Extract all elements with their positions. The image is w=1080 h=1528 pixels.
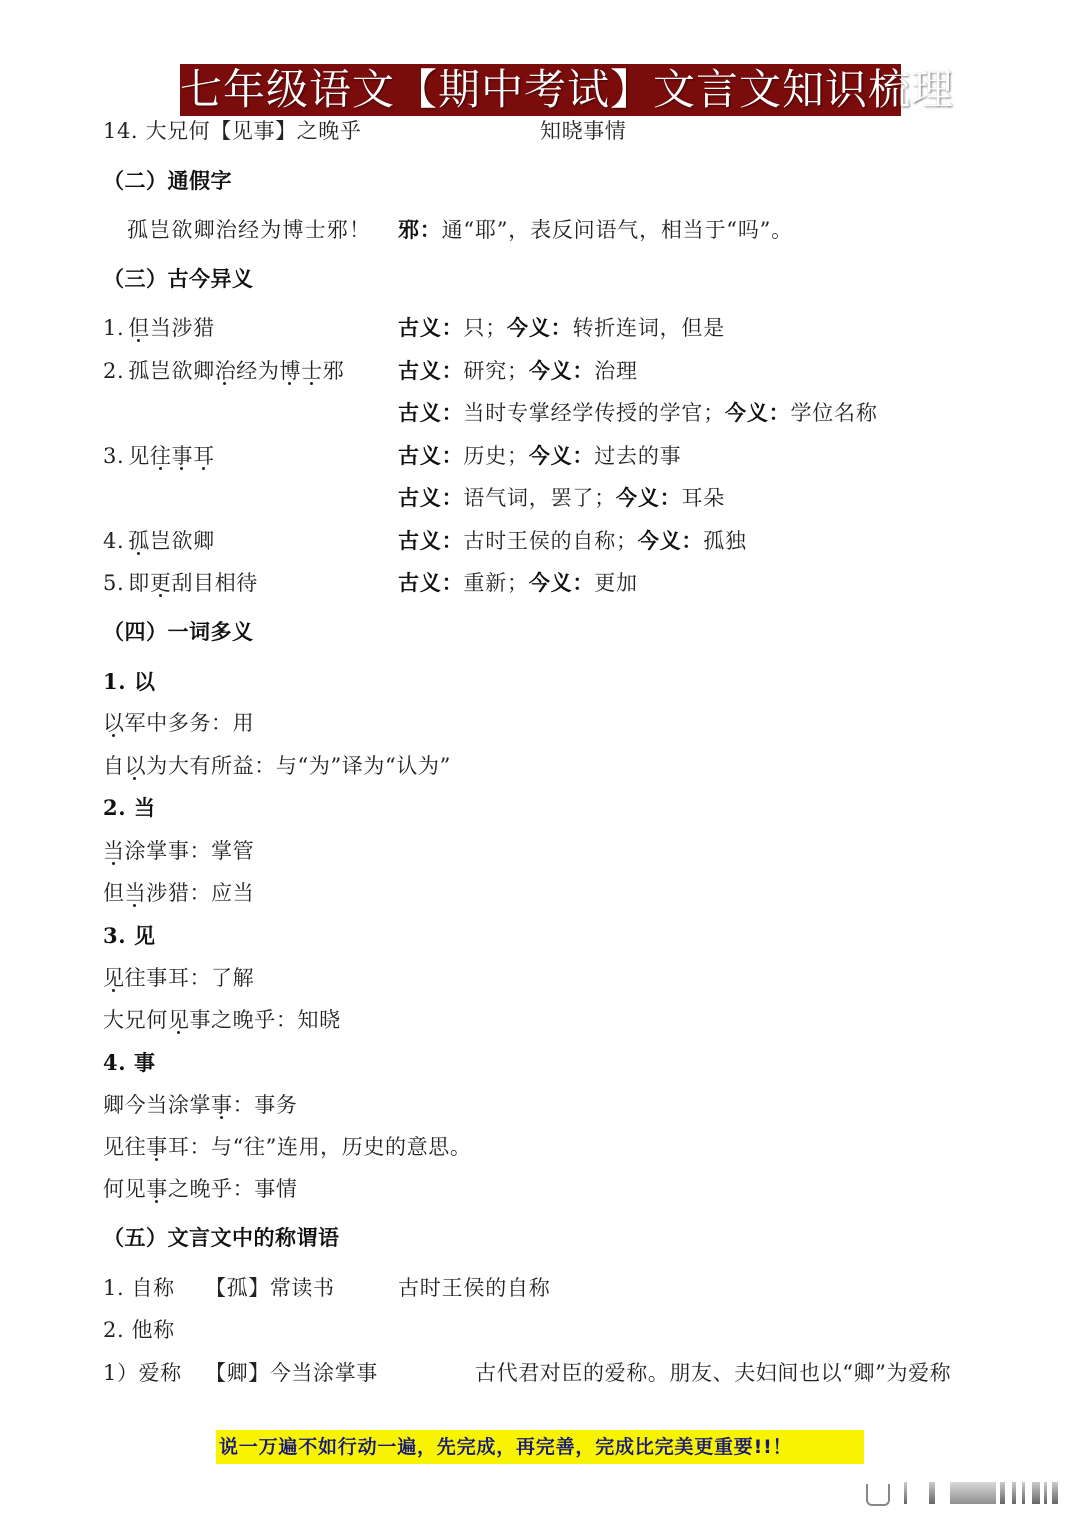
example-row: 但当涉猎：应当 xyxy=(0,878,1080,908)
vocab-row-14: 14. 大兄何【见事】之晚乎 知晓事情 xyxy=(0,116,1080,146)
chengwei-row-self: 1. 自称 【孤】常读书 古时王侯的自称 xyxy=(0,1273,1080,1303)
gujin-meaning: 古义：古时王侯的自称；今义：孤独 xyxy=(398,526,747,556)
watermark-bar xyxy=(1022,1482,1025,1504)
section-heading-chengwei: （五）文言文中的称谓语 xyxy=(0,1223,1080,1253)
modern-meaning: 过去的事 xyxy=(594,444,681,468)
gujin-row: 2.孤岂欲卿治经为博士邪 古义：研究；今义：治理 xyxy=(0,356,1080,386)
gujin-term: 2.孤岂欲卿治经为博士邪 xyxy=(103,356,344,386)
tongjia-note: 邪：通“耶”，表反问语气，相当于“吗”。 xyxy=(398,215,793,245)
gujin-meaning: 古义：重新；今义：更加 xyxy=(398,568,638,598)
term-text: 即更刮目相待 xyxy=(128,571,258,595)
watermark-bar xyxy=(1032,1482,1040,1504)
gujin-meaning: 古义：当时专掌经学传授的学官；今义：学位名称 xyxy=(398,398,878,428)
separator: ； xyxy=(507,359,529,383)
gujin-row: 5.即更刮目相待 古义：重新；今义：更加 xyxy=(0,568,1080,598)
watermark-bar xyxy=(1052,1482,1058,1504)
example-text: 大兄何见事之晚乎：知晓 xyxy=(103,1005,341,1035)
term-text: 孤岂欲卿 xyxy=(128,529,214,553)
modern-label: 今义： xyxy=(529,570,594,595)
chengwei-example: 【孤】常读书 xyxy=(205,1273,335,1303)
emphasized-char: 更 xyxy=(150,568,172,598)
separator: ； xyxy=(703,401,725,425)
ancient-meaning: 研究 xyxy=(463,359,507,383)
modern-label: 今义： xyxy=(529,443,594,468)
chengwei-label: 1. 自称 xyxy=(103,1273,175,1303)
heading-text: （五）文言文中的称谓语 xyxy=(103,1223,340,1253)
item-number: 3. xyxy=(103,444,124,468)
separator: ； xyxy=(507,571,529,595)
term-text: 见往事耳 xyxy=(128,444,214,468)
word-heading: 2. 当 xyxy=(0,793,1080,823)
separator: ； xyxy=(616,529,638,553)
ancient-label: 古义： xyxy=(398,485,463,510)
gujin-row: 古义：语气词，罢了；今义：耳朵 xyxy=(0,483,1080,513)
motto-banner: 说一万遍不如行动一遍，先完成，再完善，完成比完美更重要!!！ xyxy=(216,1430,864,1464)
word-label: 4. 事 xyxy=(103,1048,156,1078)
bracketed-term: 【孤】 xyxy=(205,1276,270,1300)
modern-label: 今义： xyxy=(507,315,572,340)
watermark-icon xyxy=(862,1478,1058,1508)
separator: ； xyxy=(594,486,616,510)
chengwei-label: 2. 他称 xyxy=(103,1315,175,1345)
ancient-label: 古义： xyxy=(398,358,463,383)
example-row: 自以为大有所益：与“为”译为“认为” xyxy=(0,751,1080,781)
item-number: 1. xyxy=(103,316,124,340)
item-number: 4. xyxy=(103,529,124,553)
modern-meaning: 治理 xyxy=(594,359,638,383)
ancient-meaning: 当时专掌经学传授的学官 xyxy=(463,401,703,425)
example-text: 但当涉猎：应当 xyxy=(103,878,254,908)
heading-text: （二）通假字 xyxy=(103,166,232,196)
example-phrase: 常读书 xyxy=(270,1276,335,1300)
gujin-meaning: 古义：研究；今义：治理 xyxy=(398,356,638,386)
word-heading: 1. 以 xyxy=(0,667,1080,697)
example-row: 大兄何见事之晚乎：知晓 xyxy=(0,1005,1080,1035)
emphasized-char: 治 xyxy=(215,356,237,386)
separator: ； xyxy=(507,444,529,468)
gujin-term: 3.见往事耳 xyxy=(103,441,215,471)
word-label: 3. 见 xyxy=(103,921,156,951)
watermark-bar xyxy=(929,1482,935,1504)
vocab-meaning: 知晓事情 xyxy=(540,116,626,146)
item-number: 5. xyxy=(103,571,124,595)
separator: ； xyxy=(485,316,507,340)
term-text: 但当涉猎 xyxy=(128,316,214,340)
gujin-term: 5.即更刮目相待 xyxy=(103,568,258,598)
ancient-label: 古义： xyxy=(398,443,463,468)
word-label: 2. 当 xyxy=(103,793,156,823)
section-heading-tongjia: （二）通假字 xyxy=(0,166,1080,196)
watermark-glyph xyxy=(866,1484,890,1506)
tongjia-char: 邪： xyxy=(398,217,442,242)
modern-meaning: 孤独 xyxy=(703,529,747,553)
example-phrase: 今当涂掌事 xyxy=(270,1361,378,1385)
ancient-meaning: 历史 xyxy=(463,444,507,468)
chengwei-meaning: 古时王侯的自称 xyxy=(398,1273,551,1303)
ancient-meaning: 只 xyxy=(463,316,485,340)
watermark-bar xyxy=(1012,1482,1016,1504)
example-text: 自以为大有所益：与“为”译为“认为” xyxy=(103,751,451,781)
modern-meaning: 耳朵 xyxy=(681,486,725,510)
gujin-row: 古义：当时专掌经学传授的学官；今义：学位名称 xyxy=(0,398,1080,428)
modern-label: 今义： xyxy=(616,485,681,510)
emphasized-char: 当 xyxy=(103,836,125,866)
chengwei-meaning: 古代君对臣的爱称。朋友、夫妇间也以“卿”为爱称 xyxy=(475,1358,951,1388)
ancient-label: 古义： xyxy=(398,570,463,595)
section-heading-duoyi: （四）一词多义 xyxy=(0,617,1080,647)
example-text: 卿今当涂掌事：事务 xyxy=(103,1090,297,1120)
example-text: 见往事耳：与“往”连用，历史的意思。 xyxy=(103,1132,471,1162)
bracketed-term: 【卿】 xyxy=(205,1361,270,1385)
word-label: 1. 以 xyxy=(103,667,156,697)
example-row: 何见事之晚乎：事情 xyxy=(0,1174,1080,1204)
example-row: 卿今当涂掌事：事务 xyxy=(0,1090,1080,1120)
modern-meaning: 转折连词，但是 xyxy=(572,316,725,340)
example-text: 以军中多务：用 xyxy=(103,708,254,738)
example-text: 见往事耳：了解 xyxy=(103,963,254,993)
word-heading: 4. 事 xyxy=(0,1048,1080,1078)
watermark-bar xyxy=(904,1482,907,1504)
gujin-term: 1.但当涉猎 xyxy=(103,313,215,343)
modern-label: 今义： xyxy=(638,528,703,553)
emphasized-char: 事 xyxy=(146,1174,168,1204)
gujin-term: 4.孤岂欲卿 xyxy=(103,526,215,556)
example-text: 何见事之晚乎：事情 xyxy=(103,1174,297,1204)
watermark-bar xyxy=(1000,1482,1005,1504)
gujin-meaning: 古义：只；今义：转折连词，但是 xyxy=(398,313,725,343)
item-number: 2. xyxy=(103,359,124,383)
emphasized-char: 以 xyxy=(125,751,147,781)
example-row: 当涂掌事：掌管 xyxy=(0,836,1080,866)
emphasized-char: 事 xyxy=(171,441,193,471)
modern-label: 今义： xyxy=(529,358,594,383)
tongjia-explanation: 通“耶”，表反问语气，相当于“吗”。 xyxy=(442,218,793,242)
modern-label: 今义： xyxy=(725,400,790,425)
vocab-item: 14. 大兄何【见事】之晚乎 xyxy=(103,116,361,146)
emphasized-char: 往 xyxy=(150,441,172,471)
chengwei-row-endear: 1）爱称 【卿】今当涂掌事 古代君对臣的爱称。朋友、夫妇间也以“卿”为爱称 xyxy=(0,1358,1080,1388)
ancient-label: 古义： xyxy=(398,315,463,340)
emphasized-char: 当 xyxy=(125,878,147,908)
tongjia-row: 孤岂欲卿治经为博士邪！ 邪：通“耶”，表反问语气，相当于“吗”。 xyxy=(0,215,1080,245)
emphasized-char: 士 xyxy=(301,356,323,386)
heading-text: （三）古今异义 xyxy=(103,264,254,294)
ancient-label: 古义： xyxy=(398,528,463,553)
page-title: 七年级语文【期中考试】文言文知识梳理 xyxy=(180,64,901,116)
chengwei-row-other: 2. 他称 xyxy=(0,1315,1080,1345)
ancient-label: 古义： xyxy=(398,400,463,425)
heading-text: （四）一词多义 xyxy=(103,617,254,647)
document-page: 七年级语文【期中考试】文言文知识梳理 14. 大兄何【见事】之晚乎 知晓事情 （… xyxy=(0,0,1080,1528)
emphasized-char: 耳 xyxy=(193,441,215,471)
section-heading-gujin: （三）古今异义 xyxy=(0,264,1080,294)
example-row: 见往事耳：了解 xyxy=(0,963,1080,993)
modern-meaning: 学位名称 xyxy=(790,401,877,425)
chengwei-example: 【卿】今当涂掌事 xyxy=(205,1358,378,1388)
ancient-meaning: 重新 xyxy=(463,571,507,595)
gujin-meaning: 古义：语气词，罢了；今义：耳朵 xyxy=(398,483,725,513)
watermark-bar xyxy=(950,1482,996,1504)
emphasized-char: 但 xyxy=(128,313,150,343)
modern-meaning: 更加 xyxy=(594,571,638,595)
emphasized-char: 以 xyxy=(103,708,125,738)
ancient-meaning: 语气词，罢了 xyxy=(463,486,594,510)
emphasized-char: 事 xyxy=(146,1132,168,1162)
gujin-row: 1.但当涉猎 古义：只；今义：转折连词，但是 xyxy=(0,313,1080,343)
term-text: 孤岂欲卿治经为博士邪 xyxy=(128,359,344,383)
gujin-meaning: 古义：历史；今义：过去的事 xyxy=(398,441,681,471)
gujin-row: 3.见往事耳 古义：历史；今义：过去的事 xyxy=(0,441,1080,471)
tongjia-sentence: 孤岂欲卿治经为博士邪！ xyxy=(127,215,371,245)
emphasized-char: 见 xyxy=(103,963,125,993)
example-row: 以军中多务：用 xyxy=(0,708,1080,738)
gujin-row: 4.孤岂欲卿 古义：古时王侯的自称；今义：孤独 xyxy=(0,526,1080,556)
example-row: 见往事耳：与“往”连用，历史的意思。 xyxy=(0,1132,1080,1162)
chengwei-label: 1）爱称 xyxy=(103,1358,182,1388)
ancient-meaning: 古时王侯的自称 xyxy=(463,529,616,553)
emphasized-char: 见 xyxy=(168,1005,190,1035)
emphasized-char: 孤 xyxy=(128,526,150,556)
word-heading: 3. 见 xyxy=(0,921,1080,951)
emphasized-char: 博 xyxy=(280,356,302,386)
watermark-bar xyxy=(1044,1482,1047,1504)
example-text: 当涂掌事：掌管 xyxy=(103,836,254,866)
emphasized-char: 事 xyxy=(211,1090,233,1120)
